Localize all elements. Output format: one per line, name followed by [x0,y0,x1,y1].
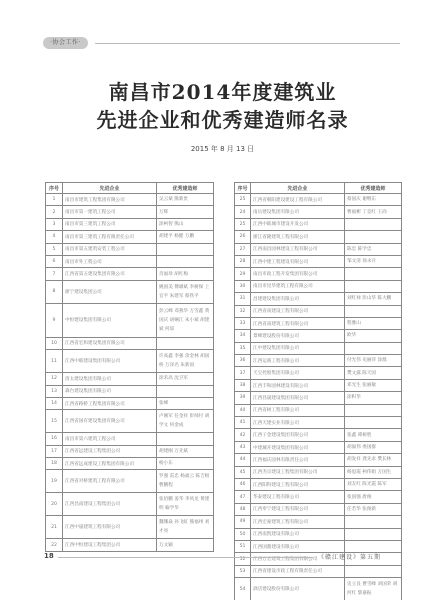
table-row: 31昌建建设集团有限公司刘红禄 彭山华 陈大鹏 [235,293,402,305]
builder-names: 吴云斌 熊新贵 [157,194,214,206]
table-row: 32江西省南建设工程有限公司 [235,305,402,317]
company-name: 南昌市外工程公司 [63,255,157,267]
company-name: 江西中联城市建设开发公司 [251,218,345,230]
row-number: 5 [46,243,63,255]
table-row: 25江西省朝阳建设建设工程有限公司蔡国庆 谢继东 [235,194,402,206]
table-row: 7江西省第五建设集团有限公司肖福珍 胡红梅 [46,268,214,280]
builder-names [157,433,214,445]
table-row: 10江西省宏和建设集团有限公司 [46,337,214,349]
row-number: 42 [235,429,251,441]
builder-names: 任若华 张俊新 [345,503,402,515]
builder-names: 胡溢伟 委国群 [345,441,402,453]
builder-names [345,540,402,552]
row-number: 50 [235,528,251,540]
row-number: 46 [235,478,251,490]
row-number: 24 [235,206,251,218]
builder-names: 涂积华 [345,392,402,404]
header-rule [95,43,400,44]
row-number: 36 [235,355,251,367]
builder-names: 彭云峰 邓燕华 万雪鑫 黄国庆 胡娴江 朱小斌 胡建斌 何琼 [157,303,214,337]
company-name: 江西省建设市政工程有限责任公司 [251,565,345,577]
builder-names [345,280,402,292]
builder-names: 杨小东 [157,458,214,470]
builder-names: 樊文露 陈天国 [345,367,402,379]
company-name: 江西昌南建设工程集团公司 [63,493,157,516]
row-number: 11 [46,350,63,373]
table-row: 9中恒建设集团有限公司彭云峰 邓燕华 万雪鑫 黄国庆 胡娴江 朱小斌 胡建斌 何… [46,303,214,337]
company-name: 江西省国有建设集团有限公司 [63,410,157,433]
company-name: 南岳建设集团有限公司 [251,206,345,218]
row-number: 10 [46,337,63,349]
row-number: 52 [235,553,251,565]
company-name: 浙江省隆建筑工程有限公司 [251,231,345,243]
row-number: 39 [235,392,251,404]
table-row: 48江西奉宁建设工程有限公司任若华 张俊新 [235,503,402,515]
table-row: 6南昌市外工程公司 [46,255,214,267]
builder-names: 欧华 [345,330,402,342]
builder-names [345,268,402,280]
company-name: 江西省树工程有限公司 [251,404,345,416]
company-name: 南昌市第五建筑安装工程公司 [63,243,157,255]
table-row: 38江西丰和园林建设有限公司邓光生 张丽敏 [235,379,402,391]
publish-date: 2015 年 8 月 13 日 [0,144,445,154]
row-number: 48 [235,503,251,515]
row-number: 37 [235,367,251,379]
company-name: 南昌市第三建筑工程有限责任公司 [63,231,157,243]
company-name: 酒店建设股份有限公司 [251,578,345,600]
company-name: 江中建设集团有限公司 [251,342,345,354]
builder-names: 涂柯智 熊山 [157,218,214,230]
company-name: 江西福庆园林有限责任公司 [251,454,345,466]
builder-names: 张佰鹏 姜华 李风龙 黄建明 喻学华 [157,493,214,516]
table-row: 53江西省建设市政工程有限责任公司 [235,565,402,577]
builder-names [345,231,402,243]
row-number: 28 [235,255,251,267]
builder-names: 肖福珍 胡红梅 [157,268,214,280]
row-number: 53 [235,565,251,577]
builder-names: 张峰 [157,397,214,409]
row-number: 45 [235,466,251,478]
row-number: 35 [235,342,251,354]
builder-names: 邓光生 张丽敏 [345,379,402,391]
company-name: 清太建设集团有限公司 [63,373,157,385]
builder-names [345,404,402,416]
table-row: 46江西阳科建设工程有限公司刘友红 陈光霞 陈军 [235,478,402,490]
builder-names: 胡建刚 万先斌 [157,445,214,457]
company-name: 江西昌晟建设集团有限公司 [251,392,345,404]
table-row: 16南昌市第六建筑工程公司 [46,433,214,445]
table-row: 21江西中晟建筑工程有限公司魏珊焱 孙飞虹 熊福州 刘才亮 [46,516,214,539]
table-row: 14江西省路桥工程集团有限公司张峰 [46,397,214,409]
row-number: 33 [235,317,251,329]
row-number: 49 [235,516,251,528]
table-row: 44江西福庆园林有限责任公司胡发祥 龚先求 樊长林 [235,454,402,466]
company-name: 天宝控股集团有限公司 [251,367,345,379]
right-table-body: 25江西省朝阳建设建设工程有限公司蔡国庆 谢继东24南岳建设集团有限公司曹福彬 … [235,194,402,600]
company-name: 森台建设集团有限公司 [63,385,157,397]
company-name: 南昌市第六建筑工程公司 [63,433,157,445]
row-number: 1 [46,194,63,206]
company-name: 江西省南建筑工程有限公司 [251,317,345,329]
header-no: 序号 [46,183,63,194]
row-number: 12 [46,373,63,385]
company-name: 江西省远建设工程集团公司 [63,445,157,457]
builder-names: 万文颖 [157,539,214,551]
company-name: 江西天建实业有限公司 [251,417,345,429]
row-number: 20 [46,493,63,516]
builder-names: 许高鑫 李强 余金林 胡国桥 万泽名 朱新国 [157,350,214,373]
builder-names: 张国强 唐俊 [345,491,402,503]
row-number: 40 [235,404,251,416]
builder-names [157,337,214,349]
table-row: 36江西运商工程有限公司付光伟 史丽萍 涂群 [235,355,402,367]
journal-name: 《赣江建设》第五期 [318,552,381,561]
company-name: 南昌市第三建筑工程公司 [63,218,157,230]
builder-names: 姚国美 傅雄斌 李树保 上官平 朱建军 蔡铁平 [157,280,214,303]
builder-names: 卢刚军 任金祥 彭师付 胡学文 何金成 [157,410,214,433]
table-row: 25江西中联城市建设开发公司 [235,218,402,230]
builder-names [157,255,214,267]
row-number: 34 [235,330,251,342]
company-name: 江西宏豪建筑工程有限公司 [251,516,345,528]
company-name: 江西南凯建设有限公司 [251,528,345,540]
company-name: 中建城开建设集团有限公司 [251,441,345,453]
builder-names: 程雅山 [345,317,402,329]
company-name: 江西南昌园林建设工程有限公司 [251,243,345,255]
header-company: 先进企业 [63,183,157,194]
builder-names [345,305,402,317]
company-name: 江西中建工程建设有限公司 [251,255,345,267]
company-name: 南昌市建筑工程集团有限公司 [63,194,157,206]
company-name: 南昌市第一建筑工程公司 [63,206,157,218]
table-row: 8浙宁建设集团公司姚国美 傅雄斌 李树保 上官平 朱建军 蔡铁平 [46,280,214,303]
company-name: 江西中联建设集团有限公司 [63,350,157,373]
builder-names [345,528,402,540]
company-name: 江西运商工程有限公司 [251,355,345,367]
table-row: 11江西中联建设集团有限公司许高鑫 李强 余金林 胡国桥 万泽名 朱新国 [46,350,214,373]
table-row: 29南昌市政工程开发集团有限公司 [235,268,402,280]
table-row: 54酒店建设股份有限公司史立良 曹雪峰 刘国荣 胡河红 黎嘉振 [235,578,402,600]
builder-names: 蔡国庆 谢继东 [345,194,402,206]
company-name: 江西奉宁建设工程有限公司 [251,503,345,515]
table-row: 19江西省对桥建筑工程有限公司罗强 雷忠 杨福云 陈吉根 曹鹏程 [46,470,214,493]
table-row: 37天宝控股集团有限公司樊文露 陈天国 [235,367,402,379]
table-row: 47华泰建设工程有限公司张国强 唐俊 [235,491,402,503]
builder-names: 胡发祥 龚先求 樊长林 [345,454,402,466]
company-name: 江西省路桥工程集团有限公司 [63,397,157,409]
row-number: 30 [235,280,251,292]
page-title-line2: 先进企业和优秀建造师名录 [0,104,445,133]
builder-names [157,385,214,397]
builder-names: 曹福彬 丁竞红 王尚 [345,206,402,218]
row-number: 27 [235,243,251,255]
table-row: 2南昌市第一建筑工程公司万辉 [46,206,214,218]
row-number: 44 [235,454,251,466]
table-row: 3南昌市第三建筑工程公司涂柯智 熊山 [46,218,214,230]
builder-names: 陈忠 陈学忠 [345,243,402,255]
row-number: 29 [235,268,251,280]
builder-names: 刘红禄 彭山华 陈大鹏 [345,293,402,305]
section-badge: ·协会工作· [43,37,88,49]
table-row: 20江西昌南建设工程集团公司张佰鹏 姜华 李风龙 黄建明 喻学华 [46,493,214,516]
builder-names [345,565,402,577]
table-row: 26浙江省隆建筑工程有限公司 [235,231,402,243]
table-row: 43中建城开建设集团有限公司胡溢伟 委国群 [235,441,402,453]
table-row: 22江西中恒建设工程集团公司万文颖 [46,539,214,551]
table-row: 1南昌市建筑工程集团有限公司吴云斌 熊新贵 [46,194,214,206]
page-number: 18 [44,552,54,560]
builder-names: 罗强 雷忠 杨福云 陈吉根 曹鹏程 [157,470,214,493]
company-name: 江西省对桥建筑工程有限公司 [63,470,157,493]
company-name: 华泰建设工程有限公司 [251,491,345,503]
table-row: 17江西省远建设工程集团公司胡建刚 万先斌 [46,445,214,457]
row-number: 14 [46,397,63,409]
row-number: 38 [235,379,251,391]
builder-names: 邹文清 徐永开 [345,255,402,267]
company-name: 江西省朝阳建设建设工程有限公司 [251,194,345,206]
table-row: 28江西中建工程建设有限公司邹文清 徐永开 [235,255,402,267]
company-name: 昌建建设集团有限公司 [251,293,345,305]
header-builders: 优秀建造师 [345,183,402,194]
table-row: 34景峰建设股份有限公司欧华 [235,330,402,342]
row-number: 26 [235,231,251,243]
builder-names: 魏珊焱 孙飞虹 熊福州 刘才亮 [157,516,214,539]
footer-rule [58,557,313,558]
right-list-table: 序号 先进企业 优秀建造师 25江西省朝阳建设建设工程有限公司蔡国庆 谢继东24… [234,182,402,600]
table-row: 42江西子金建设集团有限公司张鑫 谭树胜 [235,429,402,441]
builder-names: 张鑫 谭树胜 [345,429,402,441]
table-row: 35江中建设集团有限公司 [235,342,402,354]
builder-names [345,516,402,528]
row-number: 16 [46,433,63,445]
row-number: 31 [235,293,251,305]
row-number: 18 [46,458,63,470]
table-row: 30南昌市昆华建筑工程有限公司 [235,280,402,292]
table-row: 33江西省南建筑工程有限公司程雅山 [235,317,402,329]
header-company: 先进企业 [251,183,345,194]
company-name: 中恒建设集团有限公司 [63,303,157,337]
company-name: 江西中晟建筑工程有限公司 [63,516,157,539]
table-row: 50江西南凯建设有限公司 [235,528,402,540]
company-name: 南昌市昆华建筑工程有限公司 [251,280,345,292]
row-number: 19 [46,470,63,493]
row-number: 3 [46,218,63,230]
table-row: 12清太建设集团有限公司涂禾高 沈卫军 [46,373,214,385]
row-number: 17 [46,445,63,457]
company-name: 江西省南建设工程有限公司 [251,305,345,317]
company-name: 江西省远成建设工程集团有限公司 [63,458,157,470]
table-row: 51江西国鼎建设有限公司 [235,540,402,552]
company-name: 江西中恒建设工程集团公司 [63,539,157,551]
row-number: 51 [235,540,251,552]
header-builders: 优秀建造师 [157,183,214,194]
company-name: 江西丰和园林建设有限公司 [251,379,345,391]
company-name: 江西子金建设集团有限公司 [251,429,345,441]
row-number: 54 [235,578,251,600]
builder-names: 刘友红 陈光霞 陈军 [345,478,402,490]
table-row: 41江西天建实业有限公司 [235,417,402,429]
builder-names [345,417,402,429]
row-number: 25 [235,194,251,206]
row-number: 6 [46,255,63,267]
builder-names: 万辉 [157,206,214,218]
company-name: 浙宁建设集团公司 [63,280,157,303]
row-number: 4 [46,231,63,243]
builder-names: 涂禾高 沈卫军 [157,373,214,385]
table-row: 15江西省国有建设集团有限公司卢刚军 任金祥 彭师付 胡学文 何金成 [46,410,214,433]
table-row: 49江西宏豪建筑工程有限公司 [235,516,402,528]
builder-names [157,243,214,255]
company-name: 江西国鼎建设有限公司 [251,540,345,552]
table-row: 45江西杰宗建设工程集团有限公司杨思霞 柯伟娟 万国生 [235,466,402,478]
row-number: 15 [46,410,63,433]
table-row: 27江西南昌园林建设工程有限公司陈忠 陈学忠 [235,243,402,255]
table-row: 39江西昌晟建设集团有限公司涂积华 [235,392,402,404]
row-number: 21 [46,516,63,539]
left-list-table: 序号 先进企业 优秀建造师 1南昌市建筑工程集团有限公司吴云斌 熊新贵2南昌市第… [45,182,214,552]
row-number: 43 [235,441,251,453]
row-number: 9 [46,303,63,337]
page-title-line1: 南昌市2014年度建筑业 [0,76,445,105]
left-table-body: 1南昌市建筑工程集团有限公司吴云斌 熊新贵2南昌市第一建筑工程公司万辉3南昌市第… [46,194,214,552]
table-row: 4南昌市第三建筑工程有限责任公司胡建平 杨健 万鹏 [46,231,214,243]
table-row: 5南昌市第五建筑安装工程公司 [46,243,214,255]
table-row: 18江西省远成建设工程集团有限公司杨小东 [46,458,214,470]
row-number: 13 [46,385,63,397]
company-name: 江西省第五建设集团有限公司 [63,268,157,280]
row-number: 25 [235,218,251,230]
builder-names [345,218,402,230]
row-number: 2 [46,206,63,218]
company-name: 江西阳科建设工程有限公司 [251,478,345,490]
builder-names: 杨思霞 柯伟娟 万国生 [345,466,402,478]
table-row: 13森台建设集团有限公司 [46,385,214,397]
row-number: 32 [235,305,251,317]
builder-names: 付光伟 史丽萍 涂群 [345,355,402,367]
table-row: 40江西省树工程有限公司 [235,404,402,416]
builder-names: 史立良 曹雪峰 刘国荣 胡河红 黎嘉振 [345,578,402,600]
company-name: 南昌市政工程开发集团有限公司 [251,268,345,280]
builder-names [345,342,402,354]
row-number: 41 [235,417,251,429]
header-no: 序号 [235,183,251,194]
table-row: 24南岳建设集团有限公司曹福彬 丁竞红 王尚 [235,206,402,218]
row-number: 7 [46,268,63,280]
row-number: 47 [235,491,251,503]
row-number: 8 [46,280,63,303]
company-name: 江西省宏和建设集团有限公司 [63,337,157,349]
builder-names: 胡建平 杨健 万鹏 [157,231,214,243]
company-name: 景峰建设股份有限公司 [251,330,345,342]
row-number: 22 [46,539,63,551]
company-name: 江西杰宗建设工程集团有限公司 [251,466,345,478]
